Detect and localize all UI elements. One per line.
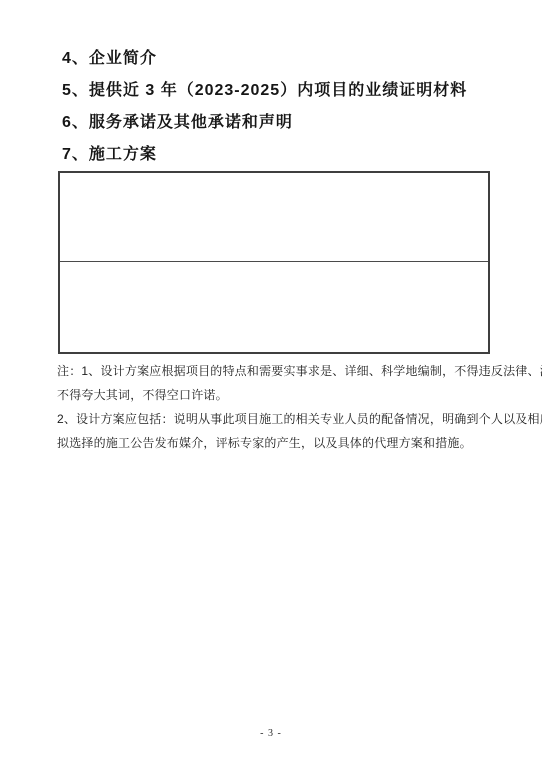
note-line-2: 不得夸大其词，不得空口许诺。 xyxy=(57,383,527,407)
plan-table-row-1 xyxy=(60,173,488,262)
document-list: 4、企业简介 5、提供近 3 年（2023-2025）内项目的业绩证明材料 6、… xyxy=(62,48,522,176)
document-page: 4、企业简介 5、提供近 3 年（2023-2025）内项目的业绩证明材料 6、… xyxy=(0,0,542,778)
list-item-6-service-commitment: 6、服务承诺及其他承诺和声明 xyxy=(62,112,522,144)
page-number: - 3 - xyxy=(0,728,542,739)
note-line-3: 2、设计方案应包括：说明从事此项目施工的相关专业人员的配备情况，明确到个人以及相… xyxy=(57,407,527,431)
note-line-1: 注：1、设计方案应根据项目的特点和需要实事求是、详细、科学地编制，不得违反法律、… xyxy=(57,359,527,383)
notes-section: 注：1、设计方案应根据项目的特点和需要实事求是、详细、科学地编制，不得违反法律、… xyxy=(57,359,527,455)
note-line-4: 拟选择的施工公告发布媒介，评标专家的产生，以及具体的代理方案和措施。 xyxy=(57,431,527,455)
list-item-5-performance-proof: 5、提供近 3 年（2023-2025）内项目的业绩证明材料 xyxy=(62,80,522,112)
construction-plan-table xyxy=(58,171,490,354)
list-item-4-company-profile: 4、企业简介 xyxy=(62,48,522,80)
plan-table-row-2 xyxy=(60,262,488,350)
